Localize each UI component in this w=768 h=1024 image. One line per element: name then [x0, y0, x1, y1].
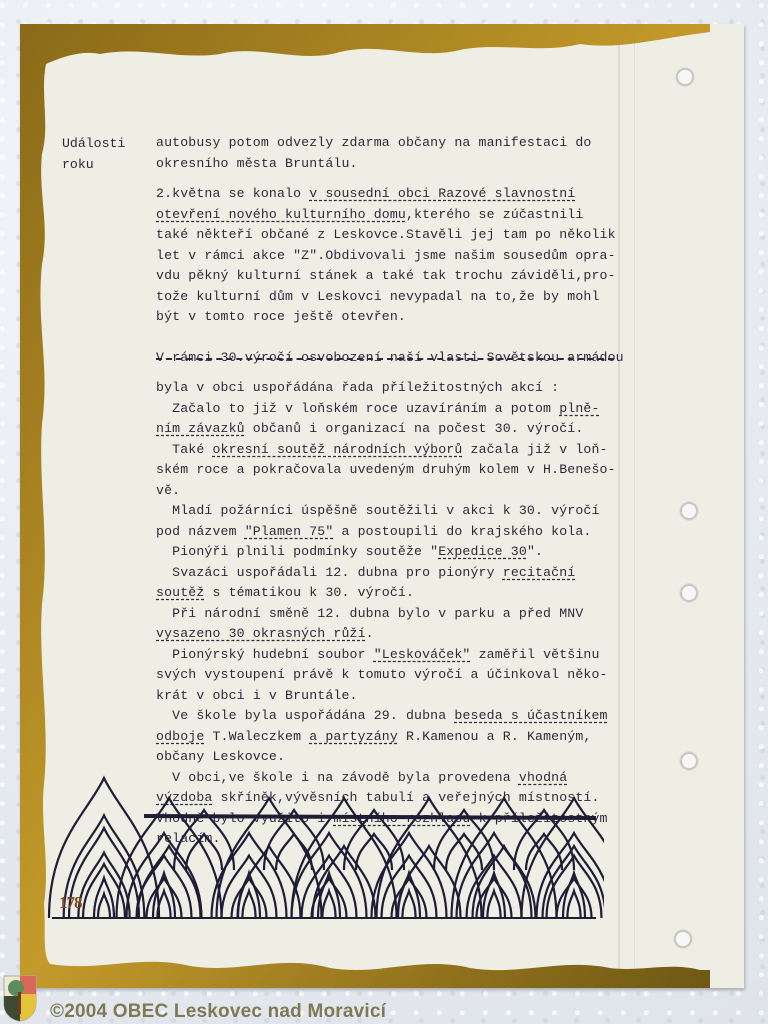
text-segment: 2.května se konalo	[156, 186, 309, 201]
underlined-phrase: recitační	[503, 565, 576, 580]
text-line: být v tomto roce ještě otevřen.	[156, 307, 624, 328]
underlined-phrase: v sousední obci Razové slavnostní	[309, 186, 575, 201]
text-segment: Pionýrský hudební soubor	[156, 647, 374, 662]
text-line: soutěž s tématikou k 30. výročí.	[156, 583, 624, 604]
text-segment: začala již v loň-	[462, 442, 607, 457]
paragraph: 2.května se konalo v sousední obci Razov…	[156, 184, 624, 328]
text-segment: svých vystoupení právě k tomuto výročí a…	[156, 667, 608, 682]
municipality-crest-icon	[2, 974, 38, 1022]
text-segment: tože kulturní dům v Leskovci nevypadal n…	[156, 289, 600, 304]
underlined-phrase: otevření nového kulturního domu	[156, 207, 406, 222]
text-segment: být v tomto roce ještě otevřen.	[156, 309, 406, 324]
text-line: let v rámci akce "Z".Obdivovali jsme naš…	[156, 246, 624, 267]
text-segment: Mladí požárníci úspěšně soutěžili v akci…	[156, 503, 600, 518]
underlined-phrase: vysazeno 30 okrasných růží	[156, 626, 366, 641]
text-line: tože kulturní dům v Leskovci nevypadal n…	[156, 287, 624, 308]
punch-hole	[674, 930, 692, 948]
text-line: ním závazků občanů i organizací na počes…	[156, 419, 624, 440]
punch-hole	[680, 502, 698, 520]
text-line: Také okresní soutěž národních výborů zač…	[156, 440, 624, 461]
copyright-footer: ©2004 OBEC Leskovec nad Moravicí	[50, 1001, 386, 1023]
text-segment: zaměřil většinu	[471, 647, 600, 662]
text-segment: vdu pěkný kulturní stánek a také tak tro…	[156, 268, 616, 283]
underlined-phrase: odboje	[156, 729, 204, 744]
underlined-phrase: beseda s účastníkem	[454, 708, 607, 723]
text-line: také někteří občané z Leskovce.Stavěli j…	[156, 225, 624, 246]
underlined-phrase: ním závazků	[156, 421, 245, 436]
text-segment: a postoupili do krajského kola.	[333, 524, 591, 539]
document-body-text: autobusy potom odvezly zdarma občany na …	[156, 133, 624, 850]
text-segment: Ve škole byla uspořádána 29. dubna	[156, 708, 454, 723]
text-segment: Začalo to již v loňském roce uzavíráním …	[156, 401, 559, 416]
text-segment: Při národní směně 12. dubna bylo v parku…	[156, 606, 583, 621]
section-label-line: roku	[62, 154, 125, 175]
text-line: občany Leskovce.	[156, 747, 624, 768]
text-line: Svazáci uspořádali 12. dubna pro pionýry…	[156, 563, 624, 584]
dashed-divider	[156, 358, 614, 360]
page-number: 178	[59, 893, 82, 913]
text-segment: občanů i organizací na počest 30. výročí…	[245, 421, 584, 436]
text-segment: Také	[156, 442, 212, 457]
text-line: vě.	[156, 481, 624, 502]
text-segment: také někteří občané z Leskovce.Stavěli j…	[156, 227, 616, 242]
text-line: pod názvem "Plamen 75" a postoupili do k…	[156, 522, 624, 543]
underlined-phrase: okresní soutěž národních výborů	[212, 442, 462, 457]
text-line: 2.května se konalo v sousední obci Razov…	[156, 184, 624, 205]
text-line: odboje T.Waleczkem a partyzány R.Kamenou…	[156, 727, 624, 748]
text-segment: okresního města Bruntálu.	[156, 156, 358, 171]
text-line: Pionýři plnili podmínky soutěže "Expedic…	[156, 542, 624, 563]
section-label: Události roku	[62, 133, 125, 175]
text-segment: ,kterého se zúčastnili	[406, 207, 583, 222]
text-segment: let v rámci akce "Z".Obdivovali jsme naš…	[156, 248, 616, 263]
text-line: Pionýrský hudební soubor "Leskováček" za…	[156, 645, 624, 666]
text-line: byla v obci uspořádána řada příležitostn…	[156, 378, 624, 399]
text-line: autobusy potom odvezly zdarma občany na …	[156, 133, 624, 154]
text-segment: Svazáci uspořádali 12. dubna pro pionýry	[156, 565, 503, 580]
text-line: ském roce a pokračovala uvedeným druhým …	[156, 460, 624, 481]
underlined-phrase: "Plamen 75"	[245, 524, 334, 539]
underlined-phrase: a partyzány	[309, 729, 398, 744]
page-fold-line	[634, 24, 635, 988]
text-line: otevření nového kulturního domu,kterého …	[156, 205, 624, 226]
text-line: Začalo to již v loňském roce uzavíráním …	[156, 399, 624, 420]
punch-hole	[680, 584, 698, 602]
text-segment: autobusy potom odvezly zdarma občany na …	[156, 135, 591, 150]
punch-hole	[676, 68, 694, 86]
text-segment: R.Kamenou a R. Kameným,	[398, 729, 592, 744]
text-line: vdu pěkný kulturní stánek a také tak tro…	[156, 266, 624, 287]
section-label-line: Události	[62, 133, 125, 154]
text-line: okresního města Bruntálu.	[156, 154, 624, 175]
text-segment: byla v obci uspořádána řada příležitostn…	[156, 380, 559, 395]
text-segment: T.Waleczkem	[204, 729, 309, 744]
text-line: Ve škole byla uspořádána 29. dubna besed…	[156, 706, 624, 727]
text-segment: občany Leskovce.	[156, 749, 285, 764]
text-segment: ".	[527, 544, 543, 559]
text-line: Mladí požárníci úspěšně soutěžili v akci…	[156, 501, 624, 522]
text-segment: .	[366, 626, 374, 641]
underlined-phrase: Expedice 30	[438, 544, 527, 559]
text-segment: pod názvem	[156, 524, 245, 539]
punch-hole	[680, 752, 698, 770]
text-segment: s tématikou k 30. výročí.	[204, 585, 414, 600]
text-segment: vě.	[156, 483, 180, 498]
text-line: vysazeno 30 okrasných růží.	[156, 624, 624, 645]
text-segment: krát v obci i v Bruntále.	[156, 688, 358, 703]
text-line: Při národní směně 12. dubna bylo v parku…	[156, 604, 624, 625]
flame-ornament	[44, 770, 604, 920]
text-segment: V rámci 30.výročí osvobození naší vlasti…	[156, 350, 624, 365]
text-line: krát v obci i v Bruntále.	[156, 686, 624, 707]
text-segment: Pionýři plnili podmínky soutěže "	[156, 544, 438, 559]
underlined-phrase: plně-	[559, 401, 599, 416]
paragraph: autobusy potom odvezly zdarma občany na …	[156, 133, 624, 174]
text-line: svých vystoupení právě k tomuto výročí a…	[156, 665, 624, 686]
underlined-phrase: soutěž	[156, 585, 204, 600]
text-segment: ském roce a pokračovala uvedeným druhým …	[156, 462, 616, 477]
underlined-phrase: "Leskováček"	[374, 647, 471, 662]
